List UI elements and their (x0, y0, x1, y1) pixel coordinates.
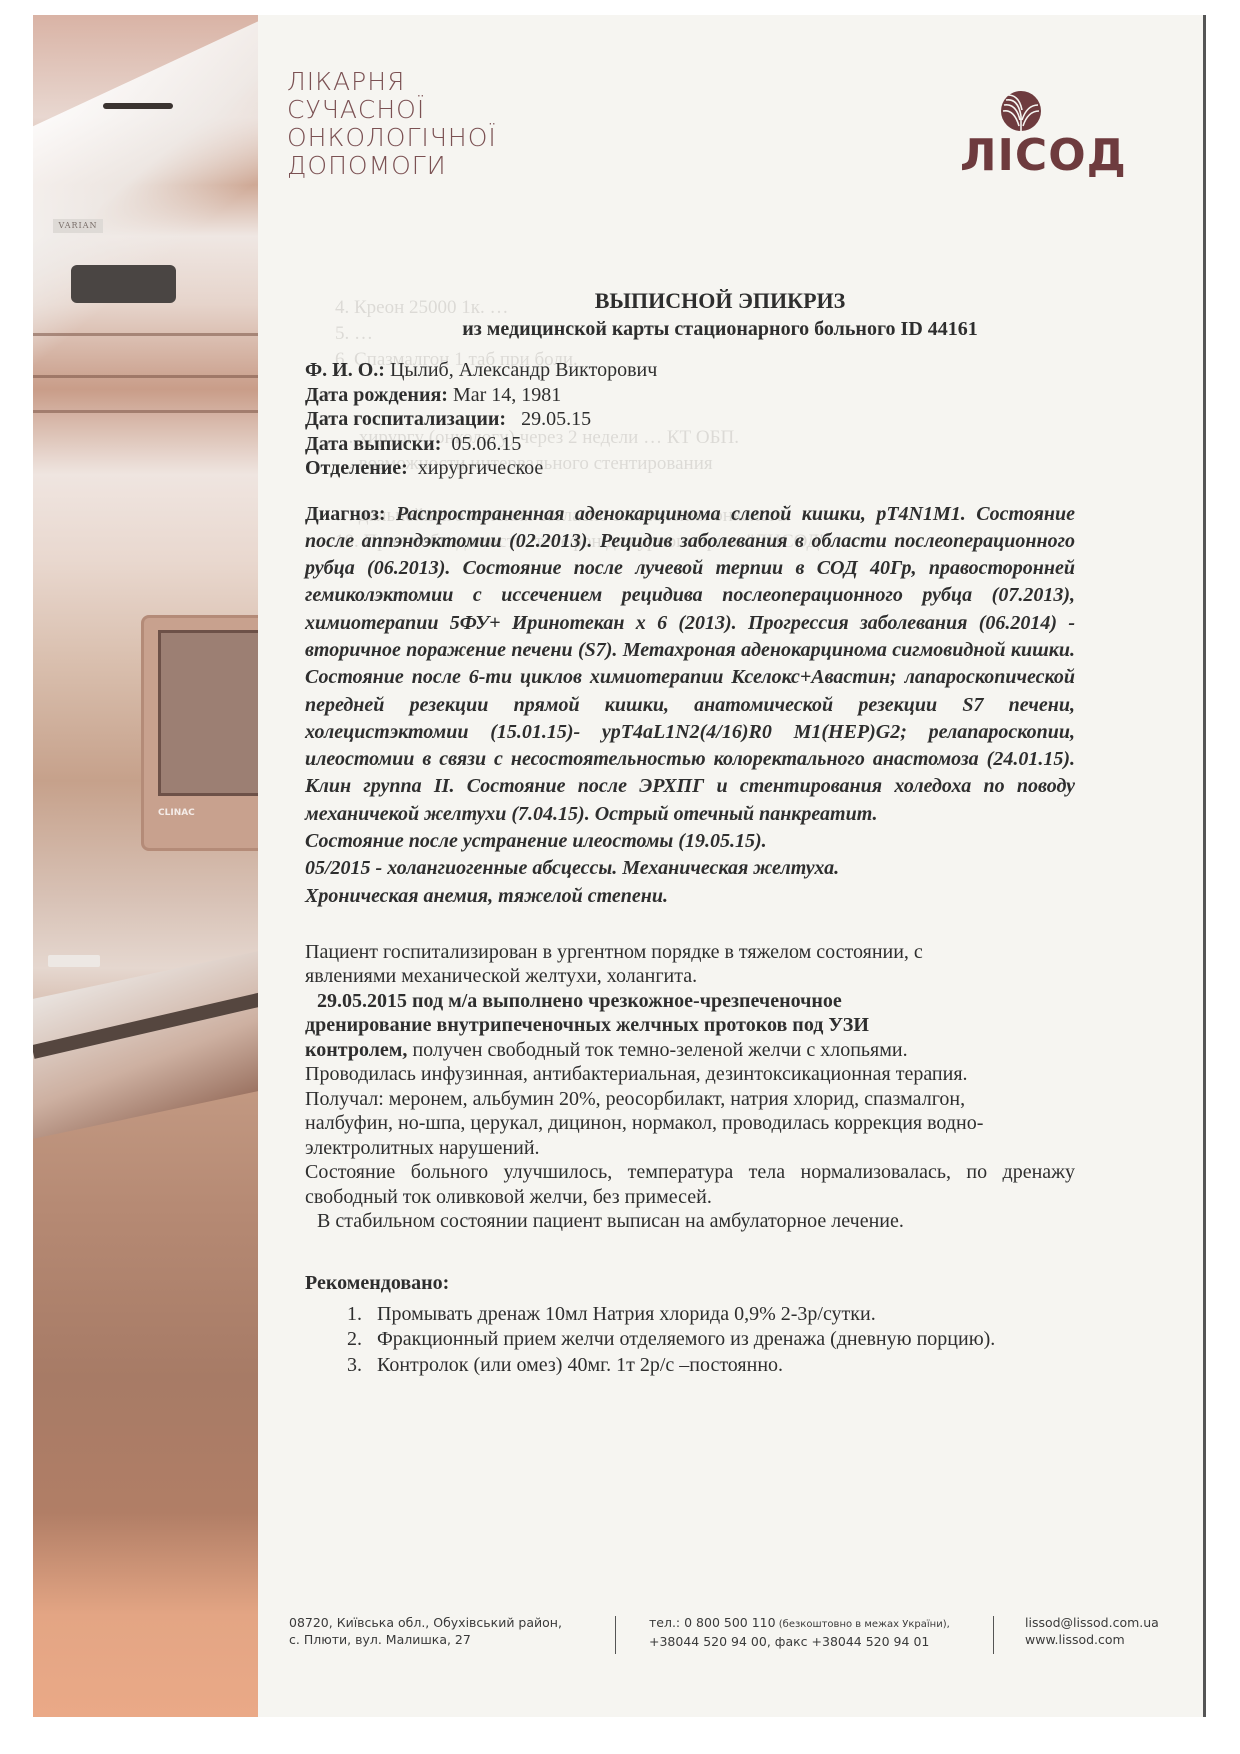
phone-fax-line[interactable]: +38044 520 94 00, факс +38044 520 94 01 (649, 1633, 950, 1650)
field-label: Дата рождения: (305, 384, 448, 406)
letterhead-photo-strip: VARIAN CLINAC (33, 15, 258, 1717)
field-label: Дата выписки: (305, 433, 441, 455)
address-line: 08720, Київська обл., Обухівський район, (289, 1614, 562, 1631)
document-subtitle: из медицинской карты стационарного больн… (365, 316, 1075, 342)
clinic-name: ЛІКАРНЯ СУЧАСНОЇ ОНКОЛОГІЧНОЇ ДОПОМОГИ (287, 68, 497, 180)
procedure-rest: получен свободный ток темно-зеленой желч… (407, 1039, 907, 1061)
linac-monitor-shape: CLINAC (141, 615, 258, 851)
recommendations-list: Промывать дренаж 10мл Натрия хлорида 0,9… (305, 1302, 1075, 1379)
field-value: 29.05.15 (506, 408, 591, 430)
field-label: Ф. И. О.: (305, 359, 385, 381)
field-label: Отделение: (305, 457, 408, 479)
course-admission: Пациент госпитализирован в ургентном пор… (305, 940, 995, 989)
recommendation-item: Фракционный прием желчи отделяемого из д… (367, 1327, 997, 1353)
clinac-label: CLINAC (158, 808, 195, 818)
lisod-logo: ЛІСОД (960, 90, 1160, 175)
field-value: Mar 14, 1981 (448, 384, 561, 406)
field-department: Отделение: хирургическое (305, 456, 1075, 481)
logo-wordmark: ЛІСОД (960, 134, 1127, 178)
diagnosis-line: Состояние после устранение илеостомы (19… (305, 828, 1075, 855)
patient-info: Ф. И. О.: Цылиб, Александр Викторович Да… (305, 358, 1075, 481)
website-link[interactable]: www.lissod.com (1025, 1631, 1159, 1648)
field-value: хирургическое (408, 457, 543, 479)
hospital-course: Пациент госпитализирован в ургентном пор… (305, 940, 1075, 1234)
field-label: Дата госпитализации: (305, 408, 506, 430)
field-birth-date: Дата рождения: Mar 14, 1981 (305, 383, 1075, 408)
course-therapy: Проводилась инфузинная, антибактериальна… (305, 1062, 995, 1160)
gantry-window-shape (71, 265, 176, 303)
wall-socket-shape (48, 955, 100, 967)
course-procedure: 29.05.2015 под м/а выполнено чрезкожное-… (305, 989, 955, 1063)
clinic-name-line: ЛІКАРНЯ (287, 68, 497, 96)
discharge-summary: ВЫПИСНОЙ ЭПИКРИЗ из медицинской карты ст… (305, 288, 1075, 1378)
footer-contacts: lissod@lissod.com.ua www.lissod.com (1025, 1614, 1159, 1648)
monitor-screen (158, 630, 258, 796)
diagnosis-line: Хроническая анемия, тяжелой степени. (305, 883, 1075, 910)
footer-divider (615, 1616, 616, 1654)
gantry-band (33, 375, 258, 378)
diagnosis-label: Диагноз: (305, 503, 386, 525)
footer-address: 08720, Київська обл., Обухівський район,… (289, 1614, 562, 1648)
clinic-name-line: СУЧАСНОЇ (287, 96, 497, 124)
gantry-band (33, 333, 258, 336)
leaf-circle-logo-icon (1000, 90, 1042, 132)
phone-number[interactable]: тел.: 0 800 500 110 (649, 1615, 776, 1630)
email-link[interactable]: lissod@lissod.com.ua (1025, 1614, 1159, 1631)
field-value: 05.06.15 (441, 433, 521, 455)
linac-gantry-shape (33, 15, 258, 396)
field-value: Цылиб, Александр Викторович (385, 359, 657, 381)
recommendations-title: Рекомендовано: (305, 1270, 1075, 1296)
clinic-name-line: ДОПОМОГИ (287, 152, 497, 180)
recommendation-item: Контролок (или омез) 40мг. 1т 2р/с –пост… (367, 1353, 1075, 1379)
recommendation-item: Промывать дренаж 10мл Натрия хлорида 0,9… (367, 1302, 1075, 1328)
varian-plate: VARIAN (53, 219, 103, 233)
footer-divider (993, 1616, 994, 1654)
field-admission-date: Дата госпитализации: 29.05.15 (305, 407, 1075, 432)
diagnosis: Диагноз: Распространенная аденокарцинома… (305, 501, 1075, 829)
phone-note: (безкоштовно в межах України), (776, 1619, 950, 1630)
course-improvement: Состояние больного улучшилось, температу… (305, 1160, 1075, 1209)
address-line: с. Плюти, вул. Малишка, 27 (289, 1631, 562, 1648)
field-full-name: Ф. И. О.: Цылиб, Александр Викторович (305, 358, 1075, 383)
document-title: ВЫПИСНОЙ ЭПИКРИЗ (365, 288, 1075, 314)
page-edge-shadow (1203, 15, 1206, 1717)
diagnosis-line: 05/2015 - холангиогенные абсцессы. Механ… (305, 855, 1075, 882)
field-discharge-date: Дата выписки: 05.06.15 (305, 432, 1075, 457)
course-discharge: В стабильном состоянии пациент выписан н… (305, 1209, 1075, 1234)
diagnosis-text: Распространенная аденокарцинома слепой к… (305, 503, 1075, 825)
clinic-name-line: ОНКОЛОГІЧНОЇ (287, 124, 497, 152)
gantry-slot-shape (103, 103, 173, 109)
footer-phone: тел.: 0 800 500 110 (безкоштовно в межах… (649, 1614, 950, 1650)
gantry-band (33, 410, 258, 413)
